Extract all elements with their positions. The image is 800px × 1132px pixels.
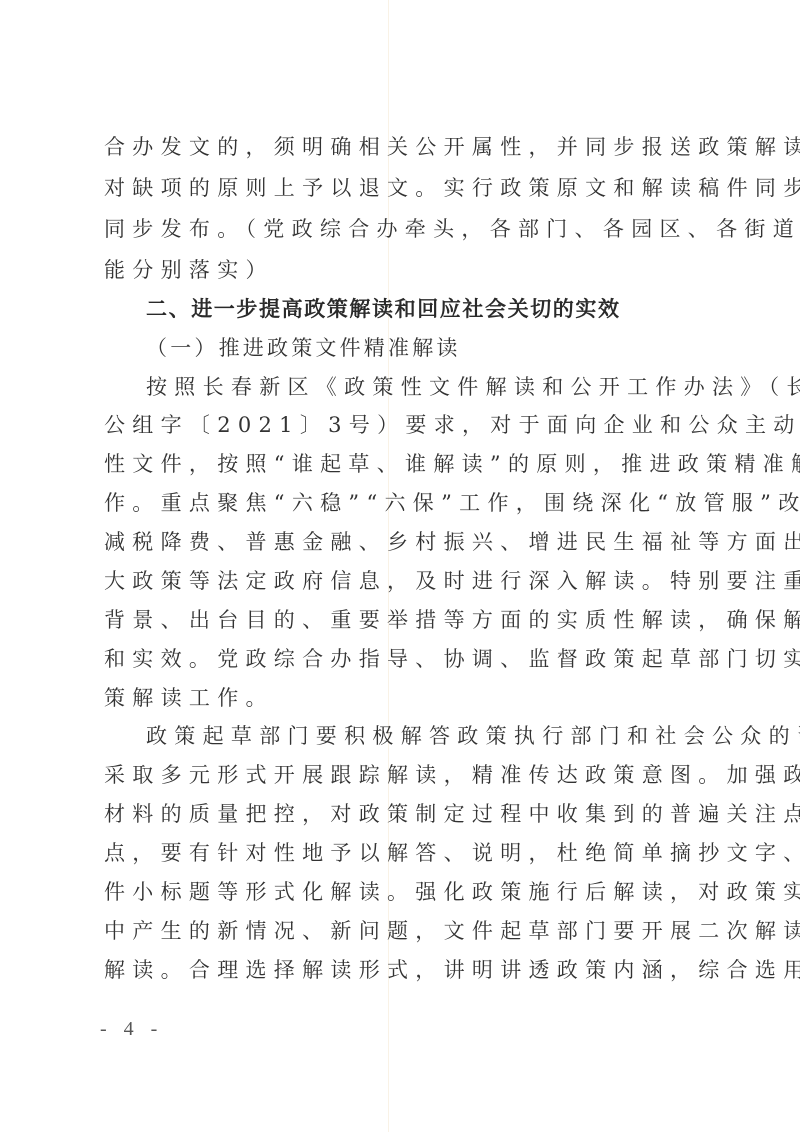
body-line: 中产生的新情况、新问题，文件起草部门要开展二次解读、跟踪 (104, 916, 698, 946)
body-line: 解读。合理选择解读形式，讲明讲透政策内涵，综合选用政策问 (104, 955, 698, 985)
body-line: 能分别落实） (104, 255, 698, 285)
body-line: 同步发布。（党政综合办牵头，各部门、各园区、各街道按照职 (104, 214, 698, 244)
body-line: 材料的质量把控，对政策制定过程中收集到的普遍关注点和疑惑 (104, 799, 698, 829)
body-line: 性文件，按照“谁起草、谁解读”的原则，推进政策精准解读工 (104, 449, 698, 479)
paragraph-first-line: 政策起草部门要积极解答政策执行部门和社会公众的咨询， (146, 721, 698, 751)
body-line: 公组字〔2021〕3号）要求，对于面向企业和公众主动公开的政策 (104, 410, 698, 440)
document-page: 合办发文的，须明确相关公开属性，并同步报送政策解读稿件， 对缺项的原则上予以退文… (0, 0, 800, 1132)
body-line: 减税降费、普惠金融、乡村振兴、增进民生福祉等方面出台的重 (104, 527, 698, 557)
subsection-heading: （一）推进政策文件精准解读 (146, 333, 698, 363)
body-line: 件小标题等形式化解读。强化政策施行后解读，对政策实施过程 (104, 877, 698, 907)
section-heading: 二、进一步提高政策解读和回应社会关切的实效 (146, 294, 698, 324)
body-line: 策解读工作。 (104, 683, 698, 713)
body-line: 合办发文的，须明确相关公开属性，并同步报送政策解读稿件， (104, 132, 698, 162)
body-line: 对缺项的原则上予以退文。实行政策原文和解读稿件同步审核、 (104, 173, 698, 203)
body-line: 采取多元形式开展跟踪解读，精准传达政策意图。加强政策解读 (104, 760, 698, 790)
body-line: 背景、出台目的、重要举措等方面的实质性解读，确保解读质量 (104, 605, 698, 635)
body-line: 点，要有针对性地予以解答、说明，杜绝简单摘抄文字、罗列文 (104, 838, 698, 868)
body-line: 大政策等法定政府信息，及时进行深入解读。特别要注重对政策 (104, 566, 698, 596)
body-line: 作。重点聚焦“六稳”“六保”工作，围绕深化“放管服”改革、 (104, 488, 698, 518)
page-number: - 4 - (100, 1018, 163, 1041)
body-line: 和实效。党政综合办指导、协调、监督政策起草部门切实做好政 (104, 644, 698, 674)
paragraph-first-line: 按照长春新区《政策性文件解读和公开工作办法》（长新政 (146, 372, 698, 402)
